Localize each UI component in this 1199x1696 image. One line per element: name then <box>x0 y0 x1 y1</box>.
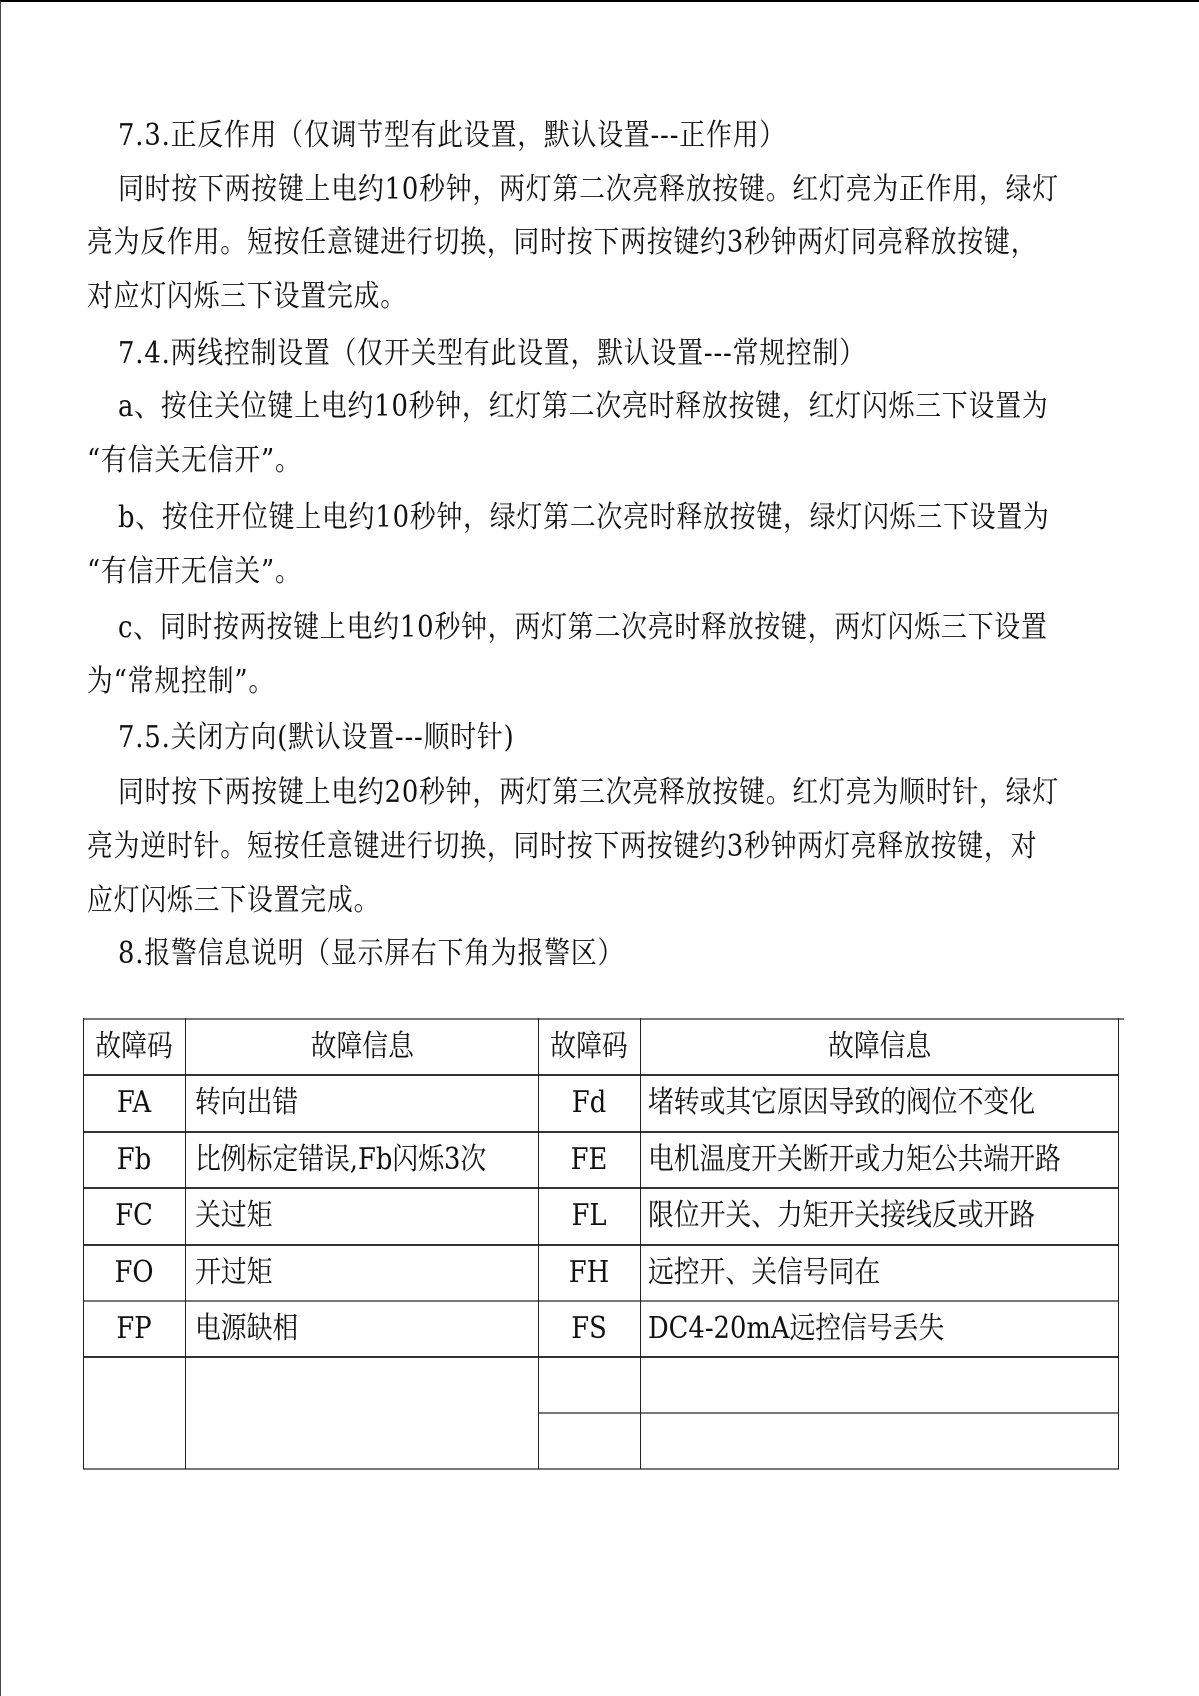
table-col-divider <box>538 1018 539 1469</box>
section-7-3-line: 亮为反作用。短按任意键进行切换，同时按下两按键约3秒钟两灯同亮释放按键， <box>87 223 1037 263</box>
section-7-5-line: 亮为逆时针。短按任意键进行切换，同时按下两按键约3秒钟两灯亮释放按键，对 <box>87 827 1037 867</box>
table-header-info: 故障信息 <box>641 1018 1118 1075</box>
section-7-5-line: 同时按下两按键上电约20秒钟，两灯第三次亮释放按键。红灯亮为顺时针，绿灯 <box>118 773 1059 813</box>
fault-code: FO <box>91 1244 177 1301</box>
fault-info: 电源缺相 <box>195 1300 298 1357</box>
section-7-4-item-c-cont: 为“常规控制”。 <box>87 662 275 702</box>
section-7-3-heading: 7.3.正反作用（仅调节型有此设置，默认设置---正作用） <box>118 116 786 156</box>
table-row-divider-right <box>538 1412 1119 1414</box>
fault-code: FS <box>546 1300 632 1357</box>
section-7-4-item-c: c、同时按两按键上电约10秒钟，两灯第二次亮时释放按键，两灯闪烁三下设置 <box>118 608 1048 648</box>
alarm-info-table: 故障码 故障信息 故障码 故障信息 FA 转向出错 Fd 堵转或其它原因导致的阀… <box>83 1018 1119 1470</box>
fault-code: FE <box>546 1131 632 1188</box>
fault-code: FA <box>91 1074 177 1131</box>
fault-code: FC <box>91 1187 177 1244</box>
fault-info: 关过矩 <box>195 1187 272 1244</box>
fault-info: 转向出错 <box>195 1074 298 1131</box>
table-border-left <box>83 1018 84 1469</box>
fault-info: 堵转或其它原因导致的阀位不变化 <box>648 1074 1035 1131</box>
table-col-divider <box>185 1018 186 1469</box>
table-border-bottom <box>83 1468 1119 1470</box>
section-8-heading: 8.报警信息说明（显示屏右下角为报警区） <box>118 934 624 974</box>
document-page: 7.3.正反作用（仅调节型有此设置，默认设置---正作用） 同时按下两按键上电约… <box>0 0 1199 1696</box>
section-7-3-line: 同时按下两按键上电约10秒钟，两灯第二次亮释放按键。红灯亮为正作用，绿灯 <box>118 170 1059 210</box>
fault-code: FH <box>546 1244 632 1301</box>
section-7-4-item-a-cont: “有信关无信开”。 <box>87 441 302 481</box>
section-7-5-heading: 7.5.关闭方向(默认设置---顺时针) <box>118 718 515 758</box>
fault-code: Fd <box>546 1074 632 1131</box>
section-7-4-item-b-cont: “有信开无信关”。 <box>87 552 302 592</box>
table-header-code: 故障码 <box>91 1018 177 1075</box>
section-7-5-line: 应灯闪烁三下设置完成。 <box>87 881 380 921</box>
fault-code: Fb <box>91 1131 177 1188</box>
section-7-4-heading: 7.4.两线控制设置（仅开关型有此设置，默认设置---常规控制） <box>118 334 866 374</box>
table-header-info: 故障信息 <box>186 1018 539 1075</box>
fault-info: 限位开关、力矩开关接线反或开路 <box>648 1187 1035 1244</box>
fault-info: 开过矩 <box>195 1244 272 1301</box>
fault-code: FP <box>91 1300 177 1357</box>
section-7-4-item-a: a、按住关位键上电约10秒钟，红灯第二次亮时释放按键，红灯闪烁三下设置为 <box>118 387 1049 427</box>
fault-info: DC4-20mA远控信号丢失 <box>648 1300 944 1357</box>
table-border-right <box>1118 1018 1119 1469</box>
fault-code: FL <box>546 1187 632 1244</box>
table-header-code: 故障码 <box>546 1018 632 1075</box>
table-col-divider <box>640 1018 641 1469</box>
fault-info: 比例标定错误,Fb闪烁3次 <box>195 1131 486 1188</box>
fault-info: 远控开、关信号同在 <box>648 1244 880 1301</box>
fault-info: 电机温度开关断开或力矩公共端开路 <box>648 1131 1061 1188</box>
section-7-3-line: 对应灯闪烁三下设置完成。 <box>87 277 407 317</box>
section-7-4-item-b: b、按住开位键上电约10秒钟，绿灯第二次亮时释放按键，绿灯闪烁三下设置为 <box>118 498 1050 538</box>
